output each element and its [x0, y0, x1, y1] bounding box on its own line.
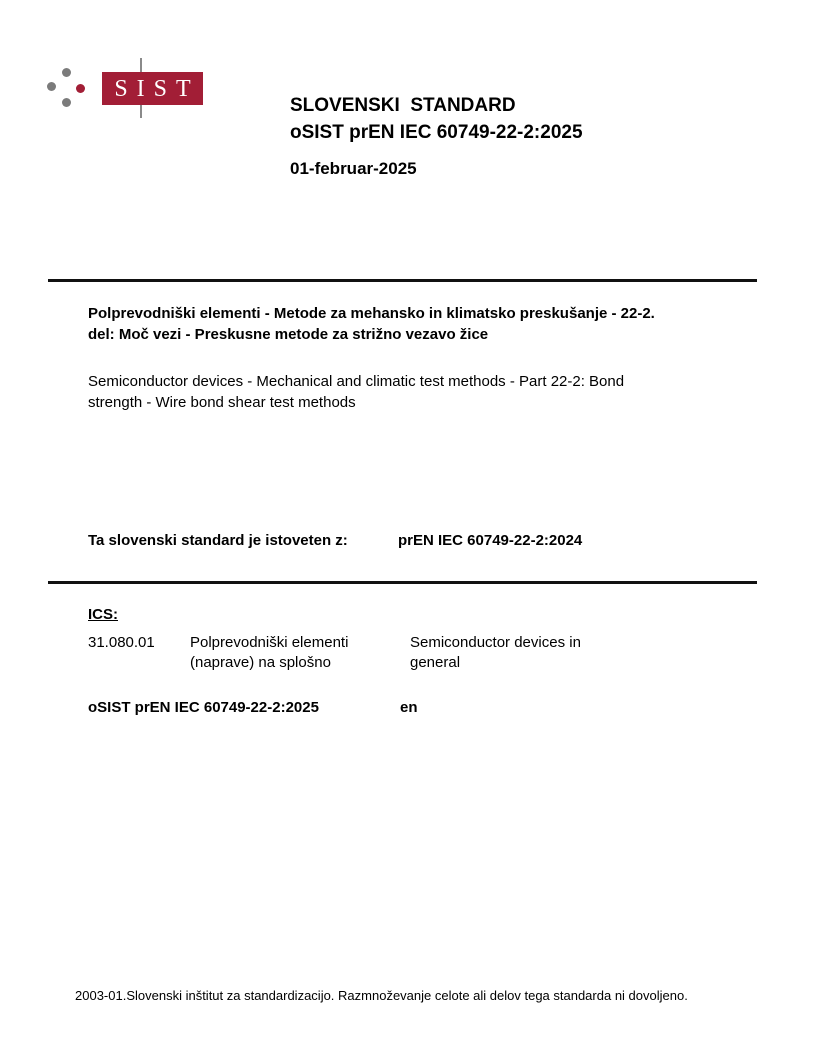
- logo-dot-bottom-icon: [62, 98, 71, 107]
- equivalence-standard-number: prEN IEC 60749-22-2:2024: [398, 532, 582, 549]
- ics-description-slovenian: Polprevodniški elementi (naprave) na spl…: [190, 633, 348, 673]
- standard-type-heading: SLOVENSKI STANDARD: [290, 92, 516, 119]
- sist-logo-text: SIST: [114, 77, 199, 101]
- divider-bottom: [48, 581, 757, 584]
- title-slovenian: Polprevodniški elementi - Metode za meha…: [88, 303, 748, 345]
- logo-dot-left-icon: [47, 82, 56, 91]
- logo-dot-red-icon: [76, 84, 85, 93]
- ics-code: 31.080.01: [88, 633, 155, 653]
- title-english: Semiconductor devices - Mechanical and c…: [88, 371, 748, 413]
- equivalence-label: Ta slovenski standard je istoveten z:: [88, 532, 348, 549]
- divider-top: [48, 279, 757, 282]
- reference-standard-number: oSIST prEN IEC 60749-22-2:2025: [88, 699, 319, 716]
- publication-date: 01-februar-2025: [290, 157, 417, 181]
- sist-logo: SIST: [0, 0, 260, 130]
- standard-number-heading: oSIST prEN IEC 60749-22-2:2025: [290, 119, 583, 146]
- sist-logo-box: SIST: [102, 72, 203, 105]
- logo-dot-top-icon: [62, 68, 71, 77]
- reference-language: en: [400, 699, 418, 716]
- ics-heading: ICS:: [88, 606, 118, 623]
- copyright-footer: 2003-01.Slovenski inštitut za standardiz…: [75, 987, 775, 1004]
- ics-description-english: Semiconductor devices in general: [410, 633, 581, 673]
